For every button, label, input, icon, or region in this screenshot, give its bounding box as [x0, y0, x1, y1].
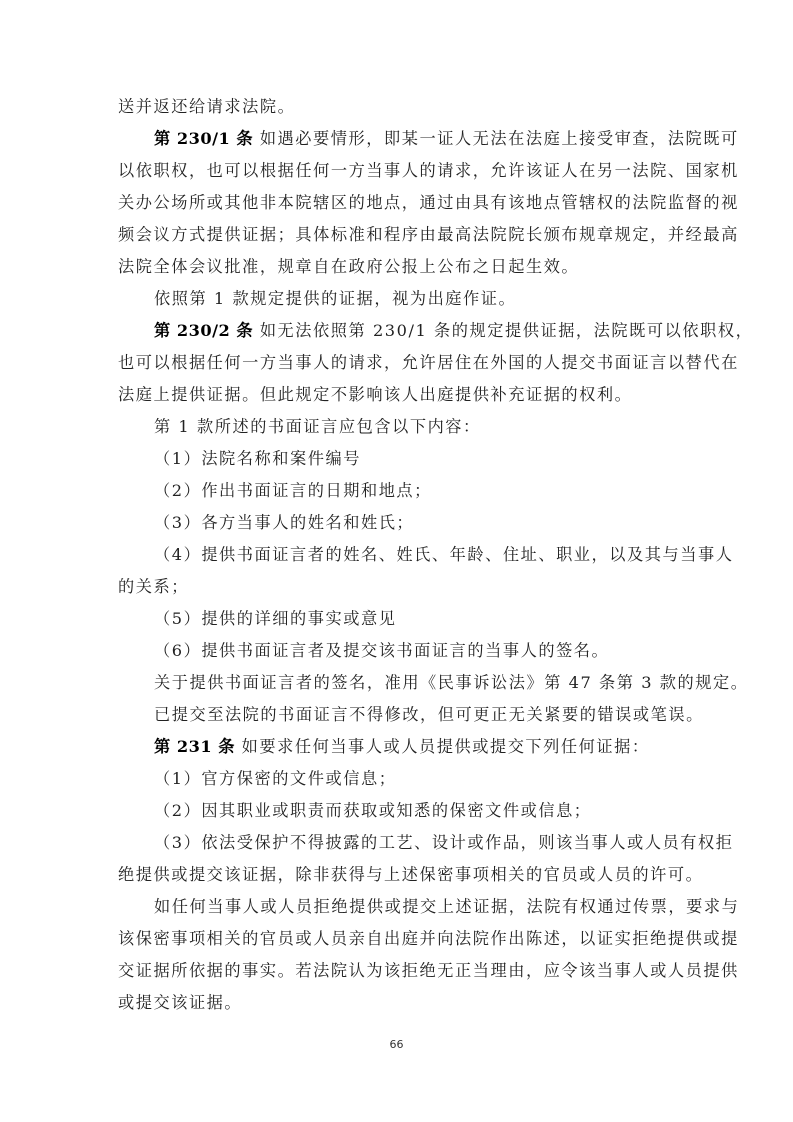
text-line: 法庭上提供证据。但此规定不影响该人出庭提供补充证据的权利。 — [118, 384, 674, 406]
article-230-2-heading-line: 第 230/2 条 如无法依照第 230/1 条的规定提供证据，法院既可以依职权… — [154, 320, 674, 342]
text-line: 该保密事项相关的官员或人员亲自出庭并向法院作出陈述，以证实拒绝提供或提 — [118, 928, 674, 950]
text-line: 以依职权，也可以根据任何一方当事人的请求，允许该证人在另一法院、国家机 — [118, 160, 674, 182]
text-line: 的关系； — [118, 576, 674, 598]
list-item: （6）提供书面证言者及提交该书面证言的当事人的签名。 — [154, 640, 674, 662]
text-line: 交证据所依据的事实。若法院认为该拒绝无正当理由，应令该当事人或人员提供 — [118, 960, 674, 982]
list-item: （2）作出书面证言的日期和地点； — [154, 480, 674, 502]
text-line: 绝提供或提交该证据，除非获得与上述保密事项相关的官员或人员的许可。 — [118, 864, 674, 886]
text-line: 关办公场所或其他非本院辖区的地点，通过由具有该地点管辖权的法院监督的视 — [118, 192, 674, 214]
article-230-1-heading-line: 第 230/1 条 如遇必要情形，即某一证人无法在法庭上接受审查，法院既可 — [154, 128, 674, 150]
document-page: 送并返还给请求法院。 第 230/1 条 如遇必要情形，即某一证人无法在法庭上接… — [0, 0, 793, 1122]
list-item: （1）官方保密的文件或信息； — [154, 768, 674, 790]
text-line: 或提交该证据。 — [118, 992, 674, 1014]
list-item: （5）提供的详细的事实或意见 — [154, 608, 674, 630]
article-number: 第 231 条 — [154, 737, 235, 756]
text-line: 送并返还给请求法院。 — [118, 96, 674, 118]
list-item: （4）提供书面证言者的姓名、姓氏、年龄、住址、职业，以及其与当事人 — [154, 544, 674, 566]
text-line: 如任何当事人或人员拒绝提供或提交上述证据，法院有权通过传票，要求与 — [154, 896, 674, 918]
text-line: 频会议方式提供证据；具体标准和程序由最高法院院长颁布规章规定，并经最高 — [118, 224, 674, 246]
text-line: 已提交至法院的书面证言不得修改，但可更正无关紧要的错误或笔误。 — [154, 704, 674, 726]
page-number: 66 — [0, 1038, 793, 1051]
text-line: 关于提供书面证言者的签名，准用《民事诉讼法》第 47 条第 3 款的规定。 — [154, 672, 674, 694]
list-item: （2）因其职业或职责而获取或知悉的保密文件或信息； — [154, 800, 674, 822]
list-item: （3）各方当事人的姓名和姓氏； — [154, 512, 674, 534]
article-number: 第 230/2 条 — [154, 321, 253, 340]
article-231-heading-line: 第 231 条 如要求任何当事人或人员提供或提交下列任何证据： — [154, 736, 674, 758]
list-item: （1）法院名称和案件编号 — [154, 448, 674, 470]
list-item: （3）依法受保护不得披露的工艺、设计或作品，则该当事人或人员有权拒 — [154, 832, 674, 854]
text-line: 也可以根据任何一方当事人的请求，允许居住在外国的人提交书面证言以替代在 — [118, 352, 674, 374]
article-number: 第 230/1 条 — [154, 129, 253, 148]
text-line: 依照第 1 款规定提供的证据，视为出庭作证。 — [154, 288, 674, 310]
text-line: 法院全体会议批准，规章自在政府公报上公布之日起生效。 — [118, 256, 674, 278]
text-line: 第 1 款所述的书面证言应包含以下内容： — [154, 416, 674, 438]
